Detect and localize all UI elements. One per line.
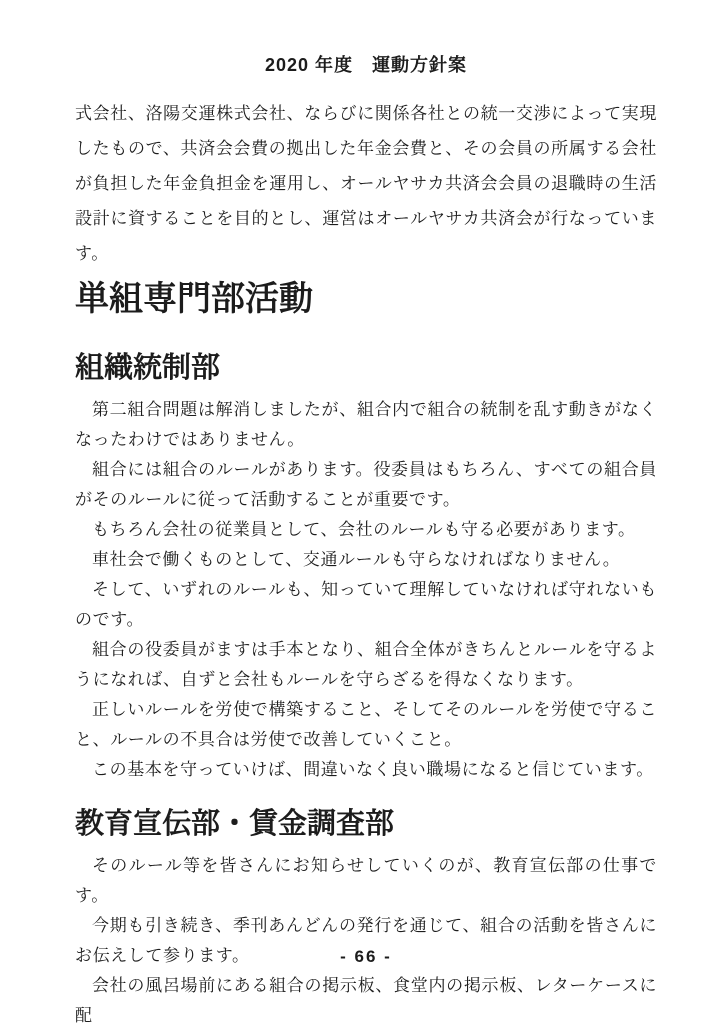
section-heading-kyoiku-senden: 教育宣伝部・賃金調査部 bbox=[75, 807, 657, 841]
section-heading-soshiki-tosei: 組織統制部 bbox=[75, 351, 657, 385]
body-paragraph: そして、いずれのルールも、知っていて理解していなければ守れないものです。 bbox=[75, 575, 657, 635]
section-soshiki-tosei: 第二組合問題は解消しましたが、組合内で組合の統制を乱す動きがなくなったわけではあ… bbox=[75, 395, 657, 785]
page-number: - 66 - bbox=[75, 947, 657, 967]
body-paragraph: 第二組合問題は解消しましたが、組合内で組合の統制を乱す動きがなくなったわけではあ… bbox=[75, 395, 657, 455]
body-paragraph: この基本を守っていけば、間違いなく良い職場になると信じています。 bbox=[75, 755, 657, 785]
document-title: 2020 年度 運動方針案 bbox=[75, 52, 657, 78]
body-paragraph: 会社の風呂場前にある組合の掲示板、食堂内の掲示板、レターケースに配 bbox=[75, 971, 657, 1024]
body-paragraph: 車社会で働くものとして、交通ルールも守らなければなりません。 bbox=[75, 545, 657, 575]
body-paragraph: 組合の役委員がますは手本となり、組合全体がきちんとルールを守るようになれば、自ず… bbox=[75, 635, 657, 695]
section-kyoiku-senden: そのルール等を皆さんにお知らせしていくのが、教育宣伝部の仕事です。 今期も引き続… bbox=[75, 851, 657, 1024]
body-paragraph: 正しいルールを労使で構築すること、そしてそのルールを労使で守ること、ルールの不具… bbox=[75, 695, 657, 755]
body-paragraph: そのルール等を皆さんにお知らせしていくのが、教育宣伝部の仕事です。 bbox=[75, 851, 657, 911]
document-page: 2020 年度 運動方針案 式会社、洛陽交運株式会社、ならびに関係各社との統一交… bbox=[0, 0, 725, 1024]
main-heading: 単組専門部活動 bbox=[75, 279, 657, 319]
content-column: 2020 年度 運動方針案 式会社、洛陽交運株式会社、ならびに関係各社との統一交… bbox=[75, 52, 657, 1024]
body-paragraph: 組合には組合のルールがあります。役委員はもちろん、すべての組合員がそのルールに従… bbox=[75, 455, 657, 515]
intro-paragraph: 式会社、洛陽交運株式会社、ならびに関係各社との統一交渉によって実現したもので、共… bbox=[75, 96, 657, 271]
body-paragraph: もちろん会社の従業員として、会社のルールも守る必要があります。 bbox=[75, 515, 657, 545]
